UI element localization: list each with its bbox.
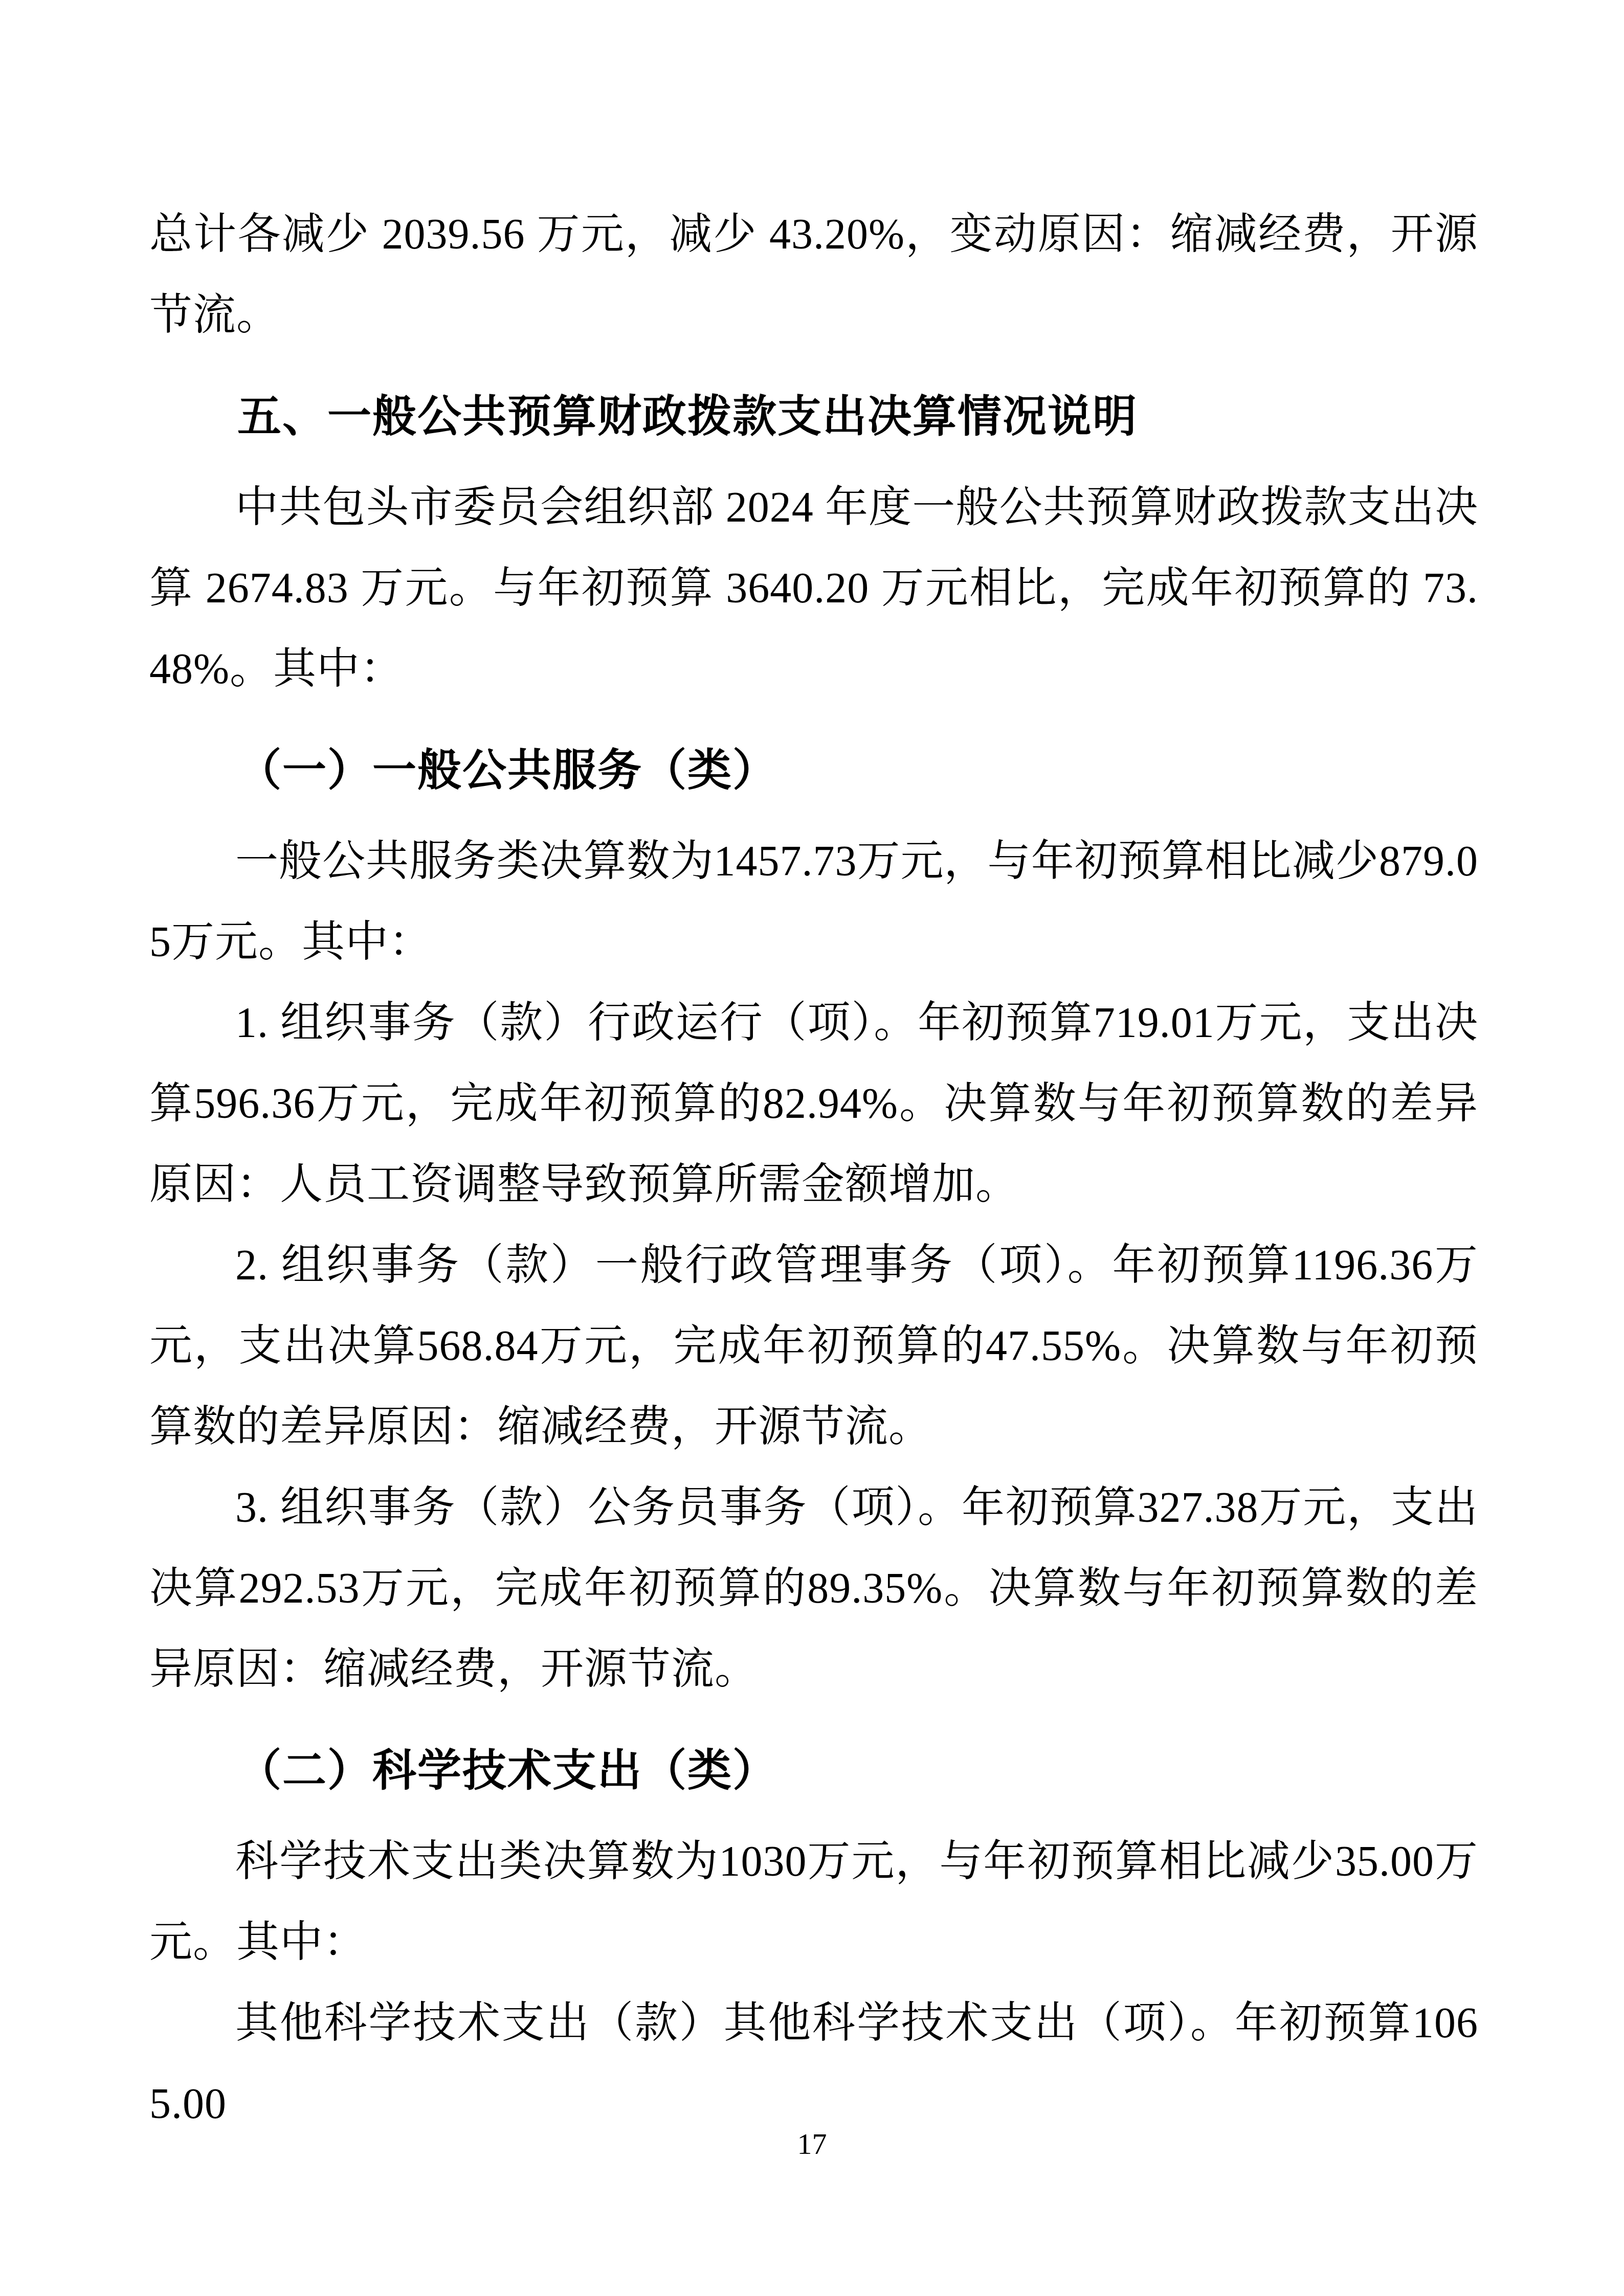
carryover-paragraph: 总计各减少 2039.56 万元，减少 43.20%，变动原因：缩减经费，开源节…	[149, 194, 1478, 356]
subsection1-intro-paragraph: 一般公共服务类决算数为1457.73万元，与年初预算相比减少879.05万元。其…	[149, 821, 1478, 983]
subsection1-item-1: 1. 组织事务（款）行政运行（项）。年初预算719.01万元，支出决算596.3…	[149, 983, 1478, 1225]
section5-heading: 五、一般公共预算财政拨款支出决算情况说明	[149, 376, 1478, 457]
subsection2-heading: （二）科学技术支出（类）	[149, 1730, 1478, 1811]
subsection2-partial-item-paragraph: 其他科学技术支出（款）其他科学技术支出（项）。年初预算1065.00	[149, 1983, 1478, 2145]
subsection1-item-2: 2. 组织事务（款）一般行政管理事务（项）。年初预算1196.36万元，支出决算…	[149, 1225, 1478, 1468]
subsection1-heading: （一）一般公共服务（类）	[149, 730, 1478, 811]
section5-intro-paragraph: 中共包头市委员会组织部 2024 年度一般公共预算财政拨款支出决算 2674.8…	[149, 467, 1478, 710]
document-page: 总计各减少 2039.56 万元，减少 43.20%，变动原因：缩减经费，开源节…	[0, 0, 1624, 2296]
subsection1-item-3: 3. 组织事务（款）公务员事务（项）。年初预算327.38万元，支出决算292.…	[149, 1468, 1478, 1710]
subsection2-intro-paragraph: 科学技术支出类决算数为1030万元，与年初预算相比减少35.00万元。其中：	[149, 1821, 1478, 1983]
page-number: 17	[0, 2126, 1624, 2162]
